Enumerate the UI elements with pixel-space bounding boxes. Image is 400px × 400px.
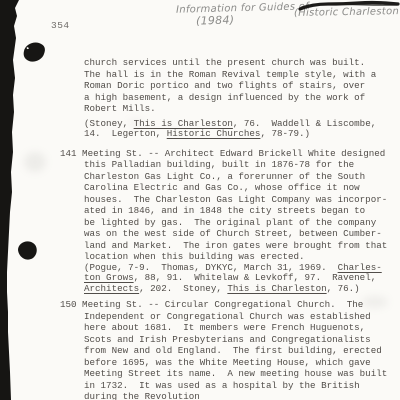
ink-blob-middle — [18, 241, 37, 259]
handwritten-annotation: Information for Guides of — [176, 1, 309, 15]
citation-block-141: (Pogue, 7-9. Thomas, DYKYC, March 31, 19… — [60, 263, 400, 295]
citation-block-intro: (Stoney, This is Charleston, 76. Waddell… — [60, 119, 400, 140]
typed-line: The hall is in the Roman Revival temple … — [84, 69, 400, 81]
typed-line: Independent or Congregational Church was… — [84, 311, 400, 323]
typed-line: here about 1681. It members were French … — [84, 322, 400, 334]
citation-line: 14. Legerton, Historic Churches, 78-79.) — [84, 129, 400, 140]
typed-line: Roman Doric portico and two flights of s… — [84, 80, 400, 92]
typed-line: in 1732. It was used as a hospital by th… — [84, 380, 400, 392]
typed-line: this Palladian building, built in 1876-7… — [84, 159, 400, 171]
paragraph-intro: church services until the present church… — [84, 57, 400, 115]
typed-line: a high basement, a design influenced by … — [84, 92, 400, 104]
typed-line: land and Market. The iron gates were bro… — [84, 240, 400, 252]
typed-line: before 1695, was the White Meeting House… — [84, 357, 400, 369]
typed-line: was on the west side of Church Street, b… — [84, 228, 400, 240]
typed-line: houses. The Charleston Gas Light Company… — [84, 194, 400, 206]
paragraph-150-meeting-st: 150 Meeting St. -- Circular Congregation… — [60, 299, 400, 400]
typed-line: ated in 1846, and in 1848 the city stree… — [84, 205, 400, 217]
paragraph-141-meeting-st: 141 Meeting St. -- Architect Edward Bric… — [60, 148, 400, 263]
typed-line: be lighted by gas. The original plant of… — [84, 217, 400, 229]
citation-line: Architects, 202. Stoney, This is Charles… — [84, 284, 400, 295]
page-number: 354 — [51, 20, 70, 31]
typed-line: Scots and Irish Presbyterians and Congre… — [84, 334, 400, 346]
typed-line: 150 Meeting St. -- Circular Congregation… — [60, 299, 400, 311]
ink-blob-top — [24, 42, 45, 61]
pen-scribble — [298, 0, 400, 12]
typed-line: church services until the present church… — [84, 57, 400, 69]
typed-line: from New and old England. The first buil… — [84, 345, 400, 357]
typed-line: during the Revolution — [84, 391, 400, 400]
typed-line: Meeting Street its name. A new meeting h… — [84, 368, 400, 380]
paragraph-150-body: Independent or Congregational Church was… — [84, 311, 400, 400]
paragraph-141-body: this Palladian building, built in 1876-7… — [84, 159, 400, 263]
typed-line: 141 Meeting St. -- Architect Edward Bric… — [60, 148, 400, 160]
handwritten-year: (1984) — [196, 13, 235, 27]
typed-line: Robert Mills. — [84, 103, 400, 115]
photocopy-smudge — [24, 152, 46, 172]
typed-text-block: church services until the present church… — [60, 57, 400, 400]
typed-line: Carolina Electric and Gas Co., whose off… — [84, 182, 400, 194]
scanned-page: 354 Information for Guides of (Historic … — [0, 0, 400, 400]
typed-line: Charleston Gas Light Co., a forerunner o… — [84, 171, 400, 183]
ink-blobs — [0, 0, 60, 300]
